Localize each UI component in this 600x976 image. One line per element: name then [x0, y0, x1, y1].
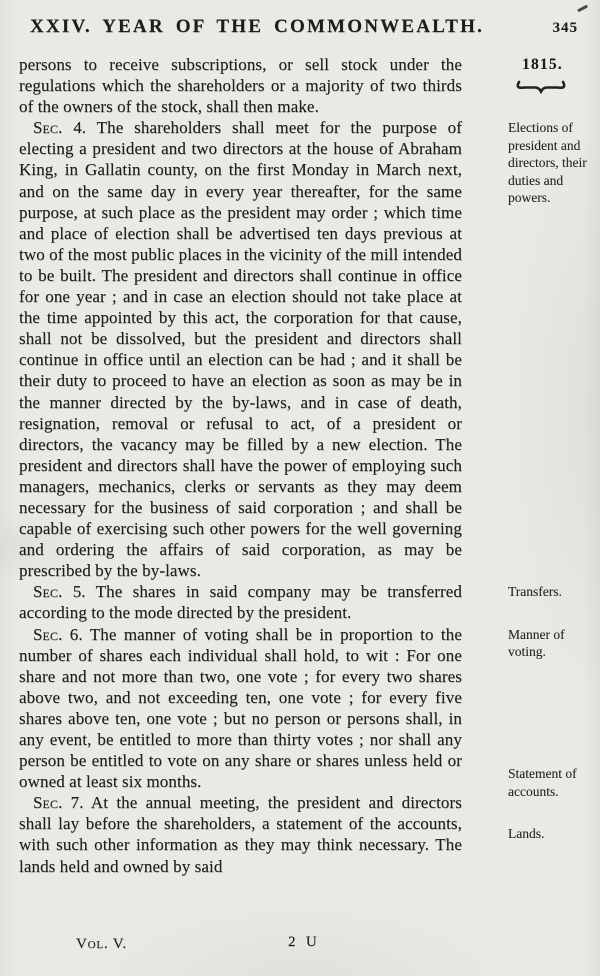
page-number: 345 — [553, 20, 579, 37]
page-content: persons to receive subscriptions, or sel… — [0, 38, 600, 877]
paragraph-sec-4: Sec. 4. The shareholders shall meet for … — [19, 117, 462, 581]
margin-note-column: Statement of accounts. Lands. — [462, 792, 600, 843]
paragraph-sec-7: Sec. 7. At the annual meeting, the presi… — [19, 792, 462, 876]
margin-note: Statement of accounts. — [508, 765, 596, 800]
section-label: Sec. 7. — [33, 793, 84, 812]
paragraph-sec-6: Sec. 6. The manner of voting shall be in… — [19, 624, 462, 793]
paragraph-text: Sec. 4. The shareholders shall meet for … — [19, 117, 462, 581]
footer-volume-label: Vol. V. — [76, 936, 127, 953]
section-text: At the annual meeting, the president and… — [19, 793, 462, 875]
margin-note-column: Elections of president and directors, th… — [462, 117, 600, 207]
paragraph-text: Sec. 7. At the annual meeting, the presi… — [19, 792, 462, 876]
page-header: XXIV. YEAR OF THE COMMONWEALTH. 345 — [0, 0, 600, 38]
footer-signature-mark: 2 U — [288, 934, 317, 951]
section-label: Sec. 4. — [33, 118, 86, 137]
section-text: The shares in said company may be transf… — [19, 582, 462, 622]
margin-note: Lands. — [508, 825, 596, 843]
section-row: persons to receive subscriptions, or sel… — [19, 54, 600, 117]
margin-year-note: 1815. — [522, 56, 596, 74]
margin-note-column: 1815. — [462, 54, 600, 94]
book-page: XXIV. YEAR OF THE COMMONWEALTH. 345 pers… — [0, 0, 600, 976]
margin-note: Elections of president and directors, th… — [508, 119, 596, 207]
section-row: Sec. 4. The shareholders shall meet for … — [19, 117, 600, 581]
margin-note: Transfers. — [508, 583, 596, 601]
running-title: XXIV. YEAR OF THE COMMONWEALTH. — [30, 16, 545, 38]
section-row: Sec. 7. At the annual meeting, the presi… — [19, 792, 600, 876]
section-text: persons to receive subscriptions, or sel… — [19, 55, 462, 116]
paragraph-continuation: persons to receive subscriptions, or sel… — [19, 54, 462, 117]
margin-note-column: Manner of voting. — [462, 624, 600, 661]
paragraph-text: persons to receive subscriptions, or sel… — [19, 54, 462, 117]
paragraph-text: Sec. 6. The manner of voting shall be in… — [19, 624, 462, 793]
section-label: Sec. 6. — [33, 625, 83, 644]
paragraph-text: Sec. 5. The shares in said company may b… — [19, 581, 462, 623]
section-label: Sec. 5. — [33, 582, 86, 601]
paragraph-sec-5: Sec. 5. The shares in said company may b… — [19, 581, 462, 623]
section-text: The shareholders shall meet for the purp… — [19, 118, 462, 580]
section-text: The manner of voting shall be in proport… — [19, 625, 462, 792]
margin-note: Manner of voting. — [508, 626, 596, 661]
section-row: Sec. 5. The shares in said company may b… — [19, 581, 600, 623]
margin-note-column: Transfers. — [462, 581, 600, 601]
year-brace-icon — [514, 78, 568, 94]
